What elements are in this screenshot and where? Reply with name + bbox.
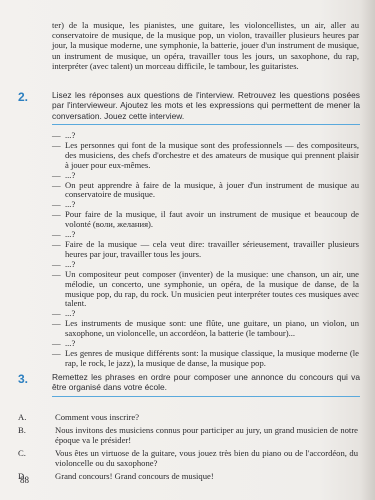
answer-line: —Les genres de musique différents sont: … (52, 349, 359, 369)
list-item: D.Grand concours! Grand concours de musi… (18, 471, 358, 481)
answer-line: —On peut apprendre à faire de la musique… (52, 181, 359, 201)
list-item: C.Vous êtes un virtuose de la guitare, v… (18, 448, 358, 468)
exercise-3-instruction: Remettez les phrases en ordre pour compo… (52, 372, 360, 397)
exercise-2-instruction: Lisez les réponses aux questions de l'in… (52, 90, 360, 125)
answer-line: —Les personnes qui font de la musique so… (52, 141, 359, 171)
page-number: 88 (20, 475, 29, 485)
intro-paragraph: ter) de la musique, les pianistes, une g… (52, 20, 359, 71)
exercise-3-number: 3. (18, 372, 28, 386)
answer-line: —Pour faire de la musique, il faut avoir… (52, 210, 359, 230)
answer-line: —Faire de la musique — cela veut dire: t… (52, 240, 359, 260)
answer-line: —Un compositeur peut composer (inventer)… (52, 270, 359, 310)
exercise-2-number: 2. (18, 90, 28, 104)
answer-line: —Les instruments de musique sont: une fl… (52, 319, 359, 339)
exercise-3: 3. Remettez les phrases en ordre pour co… (18, 372, 360, 397)
exercise-2: 2. Lisez les réponses aux questions de l… (18, 90, 360, 125)
interview-dialog: —...? —Les personnes qui font de la musi… (52, 131, 359, 369)
textbook-page: ter) de la musique, les pianistes, une g… (0, 0, 375, 500)
list-item: A.Comment vous inscrire? (18, 412, 358, 422)
announcement-items: A.Comment vous inscrire? B.Nous invitons… (18, 412, 358, 484)
list-item: B.Nous invitons des musiciens connus pou… (18, 425, 358, 445)
